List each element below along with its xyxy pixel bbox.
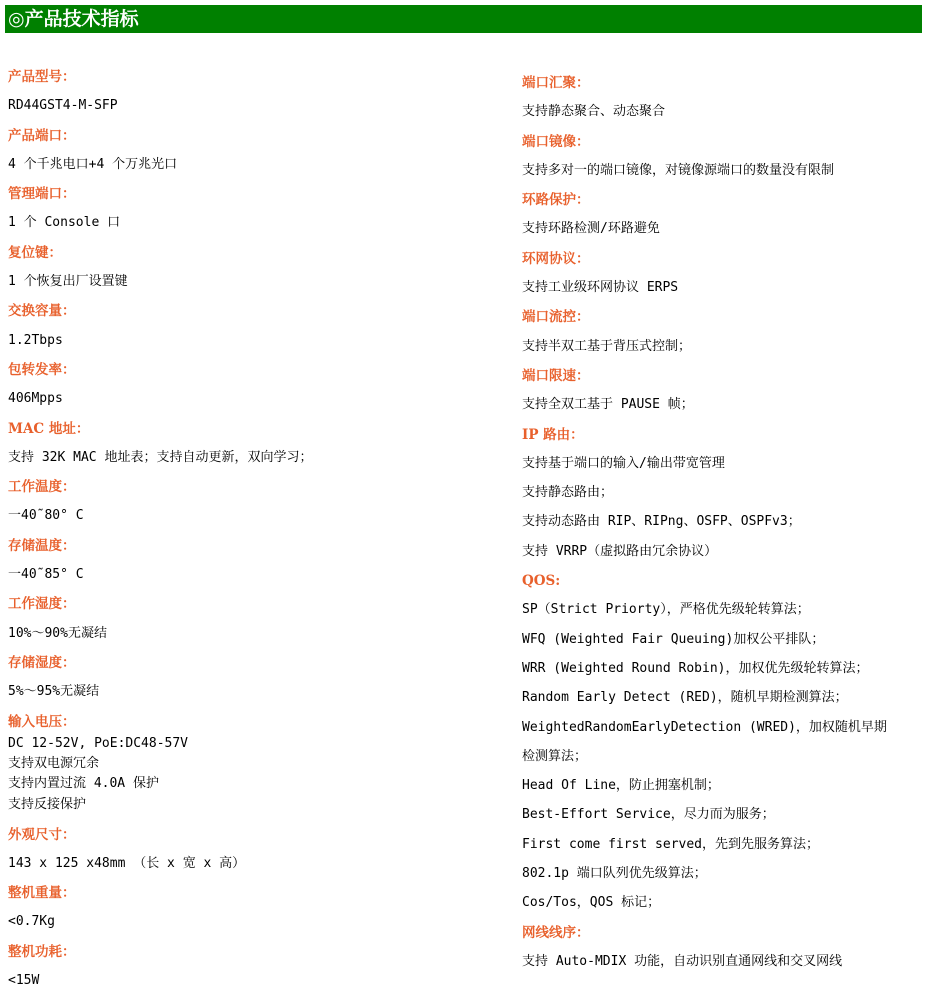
spec-label: 整机重量： [8,883,498,912]
spec-line: WeightedRandomEarlyDetection (WRED)，加权随机… [522,718,927,747]
spec-line: WRR (Weighted Round Robin)，加权优先级轮转算法； [522,659,927,688]
spec-label: 外观尺寸： [8,825,498,854]
spec-label: 产品端口： [8,126,498,155]
spec-line: Random Early Detect (RED)，随机早期检测算法； [522,688,927,717]
spec-item-dimensions: 外观尺寸：143 x 125 x48mm （长 x 宽 x 高） [8,825,498,884]
spec-value: 143 x 125 x48mm （长 x 宽 x 高） [8,854,498,883]
spec-line: Best-Effort Service，尽力而为服务； [522,805,927,834]
spec-label: 端口限速： [522,366,927,395]
spec-value: 支持半双工基于背压式控制； [522,337,927,366]
spec-value: 10%～90%无凝结 [8,624,498,653]
spec-item-link-aggregation: 端口汇聚：支持静态聚合、动态聚合 [522,73,927,132]
spec-value: 406Mpps [8,389,498,418]
spec-item-op-humidity: 工作湿度：10%～90%无凝结 [8,594,498,653]
spec-label: 存储湿度： [8,653,498,682]
spec-label: 工作湿度： [8,594,498,623]
spec-value: 支持环路检测/环路避免 [522,219,927,248]
spec-item-ports: 产品端口：4 个千兆电口+4 个万兆光口 [8,126,498,185]
spec-line: 支持静态路由； [522,483,927,512]
spec-value: <0.7Kg [8,912,498,941]
spec-label: 交换容量： [8,301,498,330]
spec-column-left: 产品型号：RD44GST4-M-SFP 产品端口：4 个千兆电口+4 个万兆光口… [8,67,498,1000]
spec-item-ring-protocol: 环网协议：支持工业级环网协议 ERPS [522,249,927,308]
spec-item-reset: 复位键：1 个恢复出厂设置键 [8,243,498,302]
spec-label: MAC 地址： [8,419,498,448]
spec-label: 产品型号： [8,67,498,96]
spec-line: First come first served，先到先服务算法； [522,835,927,864]
spec-line: 支持内置过流 4.0A 保护 [8,774,498,794]
spec-value: 支持 Auto-MDIX 功能，自动识别直通网线和交叉网线 [522,952,927,981]
spec-value: 支持全双工基于 PAUSE 帧； [522,395,927,424]
spec-item-forwarding-rate: 包转发率：406Mpps [8,360,498,419]
spec-line: 检测算法； [522,747,927,776]
spec-label: 端口汇聚： [522,73,927,102]
spec-item-ip-routing: IP 路由： 支持基于端口的输入/输出带宽管理 支持静态路由； 支持动态路由 R… [522,425,927,571]
spec-label: 环网协议： [522,249,927,278]
spec-label: IP 路由： [522,425,927,454]
spec-item-op-temp: 工作温度：一40˜80° C [8,477,498,536]
spec-item-rate-limit: 端口限速：支持全双工基于 PAUSE 帧； [522,366,927,425]
spec-line: 802.1p 端口队列优先级算法； [522,864,927,893]
section-header: ◎产品技术指标 [5,5,922,33]
spec-item-mgmt-port: 管理端口：1 个 Console 口 [8,184,498,243]
spec-line: DC 12-52V, PoE:DC48-57V [8,734,498,754]
spec-item-weight: 整机重量：<0.7Kg [8,883,498,942]
spec-value: 支持 32K MAC 地址表；支持自动更新，双向学习； [8,448,498,477]
spec-label: 输入电压： [8,712,498,734]
spec-label: 管理端口： [8,184,498,213]
spec-value: 支持静态聚合、动态聚合 [522,102,927,131]
spec-item-port-mirroring: 端口镜像：支持多对一的端口镜像，对镜像源端口的数量没有限制 [522,132,927,191]
spec-label: 环路保护： [522,190,927,219]
spec-value: RD44GST4-M-SFP [8,96,498,125]
spec-item-flow-control: 端口流控：支持半双工基于背压式控制； [522,307,927,366]
spec-value: 一40˜80° C [8,506,498,535]
spec-item-power: 整机功耗：<15W [8,942,498,1001]
spec-label: 包转发率： [8,360,498,389]
spec-value: 一40˜85° C [8,565,498,594]
spec-line: SP（Strict Priorty），严格优先级轮转算法； [522,600,927,629]
spec-label: 端口流控： [522,307,927,336]
spec-item-input-voltage: 输入电压： DC 12-52V, PoE:DC48-57V 支持双电源冗余 支持… [8,712,498,825]
spec-value: 支持工业级环网协议 ERPS [522,278,927,307]
spec-line: 支持反接保护 [8,794,498,816]
spec-column-right: 端口汇聚：支持静态聚合、动态聚合 端口镜像：支持多对一的端口镜像，对镜像源端口的… [522,73,927,981]
spec-item-mac: MAC 地址：支持 32K MAC 地址表；支持自动更新，双向学习； [8,419,498,478]
spec-label: 存储温度： [8,536,498,565]
spec-value: 5%～95%无凝结 [8,682,498,711]
spec-value: 4 个千兆电口+4 个万兆光口 [8,155,498,184]
spec-line: WFQ (Weighted Fair Queuing)加权公平排队； [522,630,927,659]
spec-item-storage-temp: 存储温度：一40˜85° C [8,536,498,595]
spec-item-switching-capacity: 交换容量：1.2Tbps [8,301,498,360]
spec-line: 支持基于端口的输入/输出带宽管理 [522,454,927,483]
spec-line: Head Of Line，防止拥塞机制； [522,776,927,805]
spec-line: 支持双电源冗余 [8,754,498,774]
spec-item-cable-mdix: 网线线序： 支持 Auto-MDIX 功能，自动识别直通网线和交叉网线 [522,923,927,982]
spec-value: 支持多对一的端口镜像，对镜像源端口的数量没有限制 [522,161,927,190]
spec-label: 网线线序： [522,923,927,952]
spec-item-model: 产品型号：RD44GST4-M-SFP [8,67,498,126]
spec-value: 1.2Tbps [8,331,498,360]
spec-label: 工作温度： [8,477,498,506]
spec-label: 端口镜像： [522,132,927,161]
spec-label: 整机功耗： [8,942,498,971]
spec-item-qos: QOS: SP（Strict Priorty），严格优先级轮转算法； WFQ (… [522,571,927,923]
spec-label: QOS: [522,571,927,600]
spec-label: 复位键： [8,243,498,272]
spec-line: Cos/Tos，QOS 标记； [522,893,927,922]
spec-item-storage-humidity: 存储湿度：5%～95%无凝结 [8,653,498,712]
spec-line: 支持 VRRP（虚拟路由冗余协议） [522,542,927,571]
spec-value: DC 12-52V, PoE:DC48-57V 支持双电源冗余 支持内置过流 4… [8,734,498,816]
spec-value: 1 个 Console 口 [8,213,498,242]
spec-item-loop-protection: 环路保护：支持环路检测/环路避免 [522,190,927,249]
spec-value: 1 个恢复出厂设置键 [8,272,498,301]
spec-value: <15W [8,971,498,1000]
section-title: ◎产品技术指标 [8,8,139,30]
spec-line: 支持动态路由 RIP、RIPng、OSFP、OSPFv3； [522,512,927,541]
